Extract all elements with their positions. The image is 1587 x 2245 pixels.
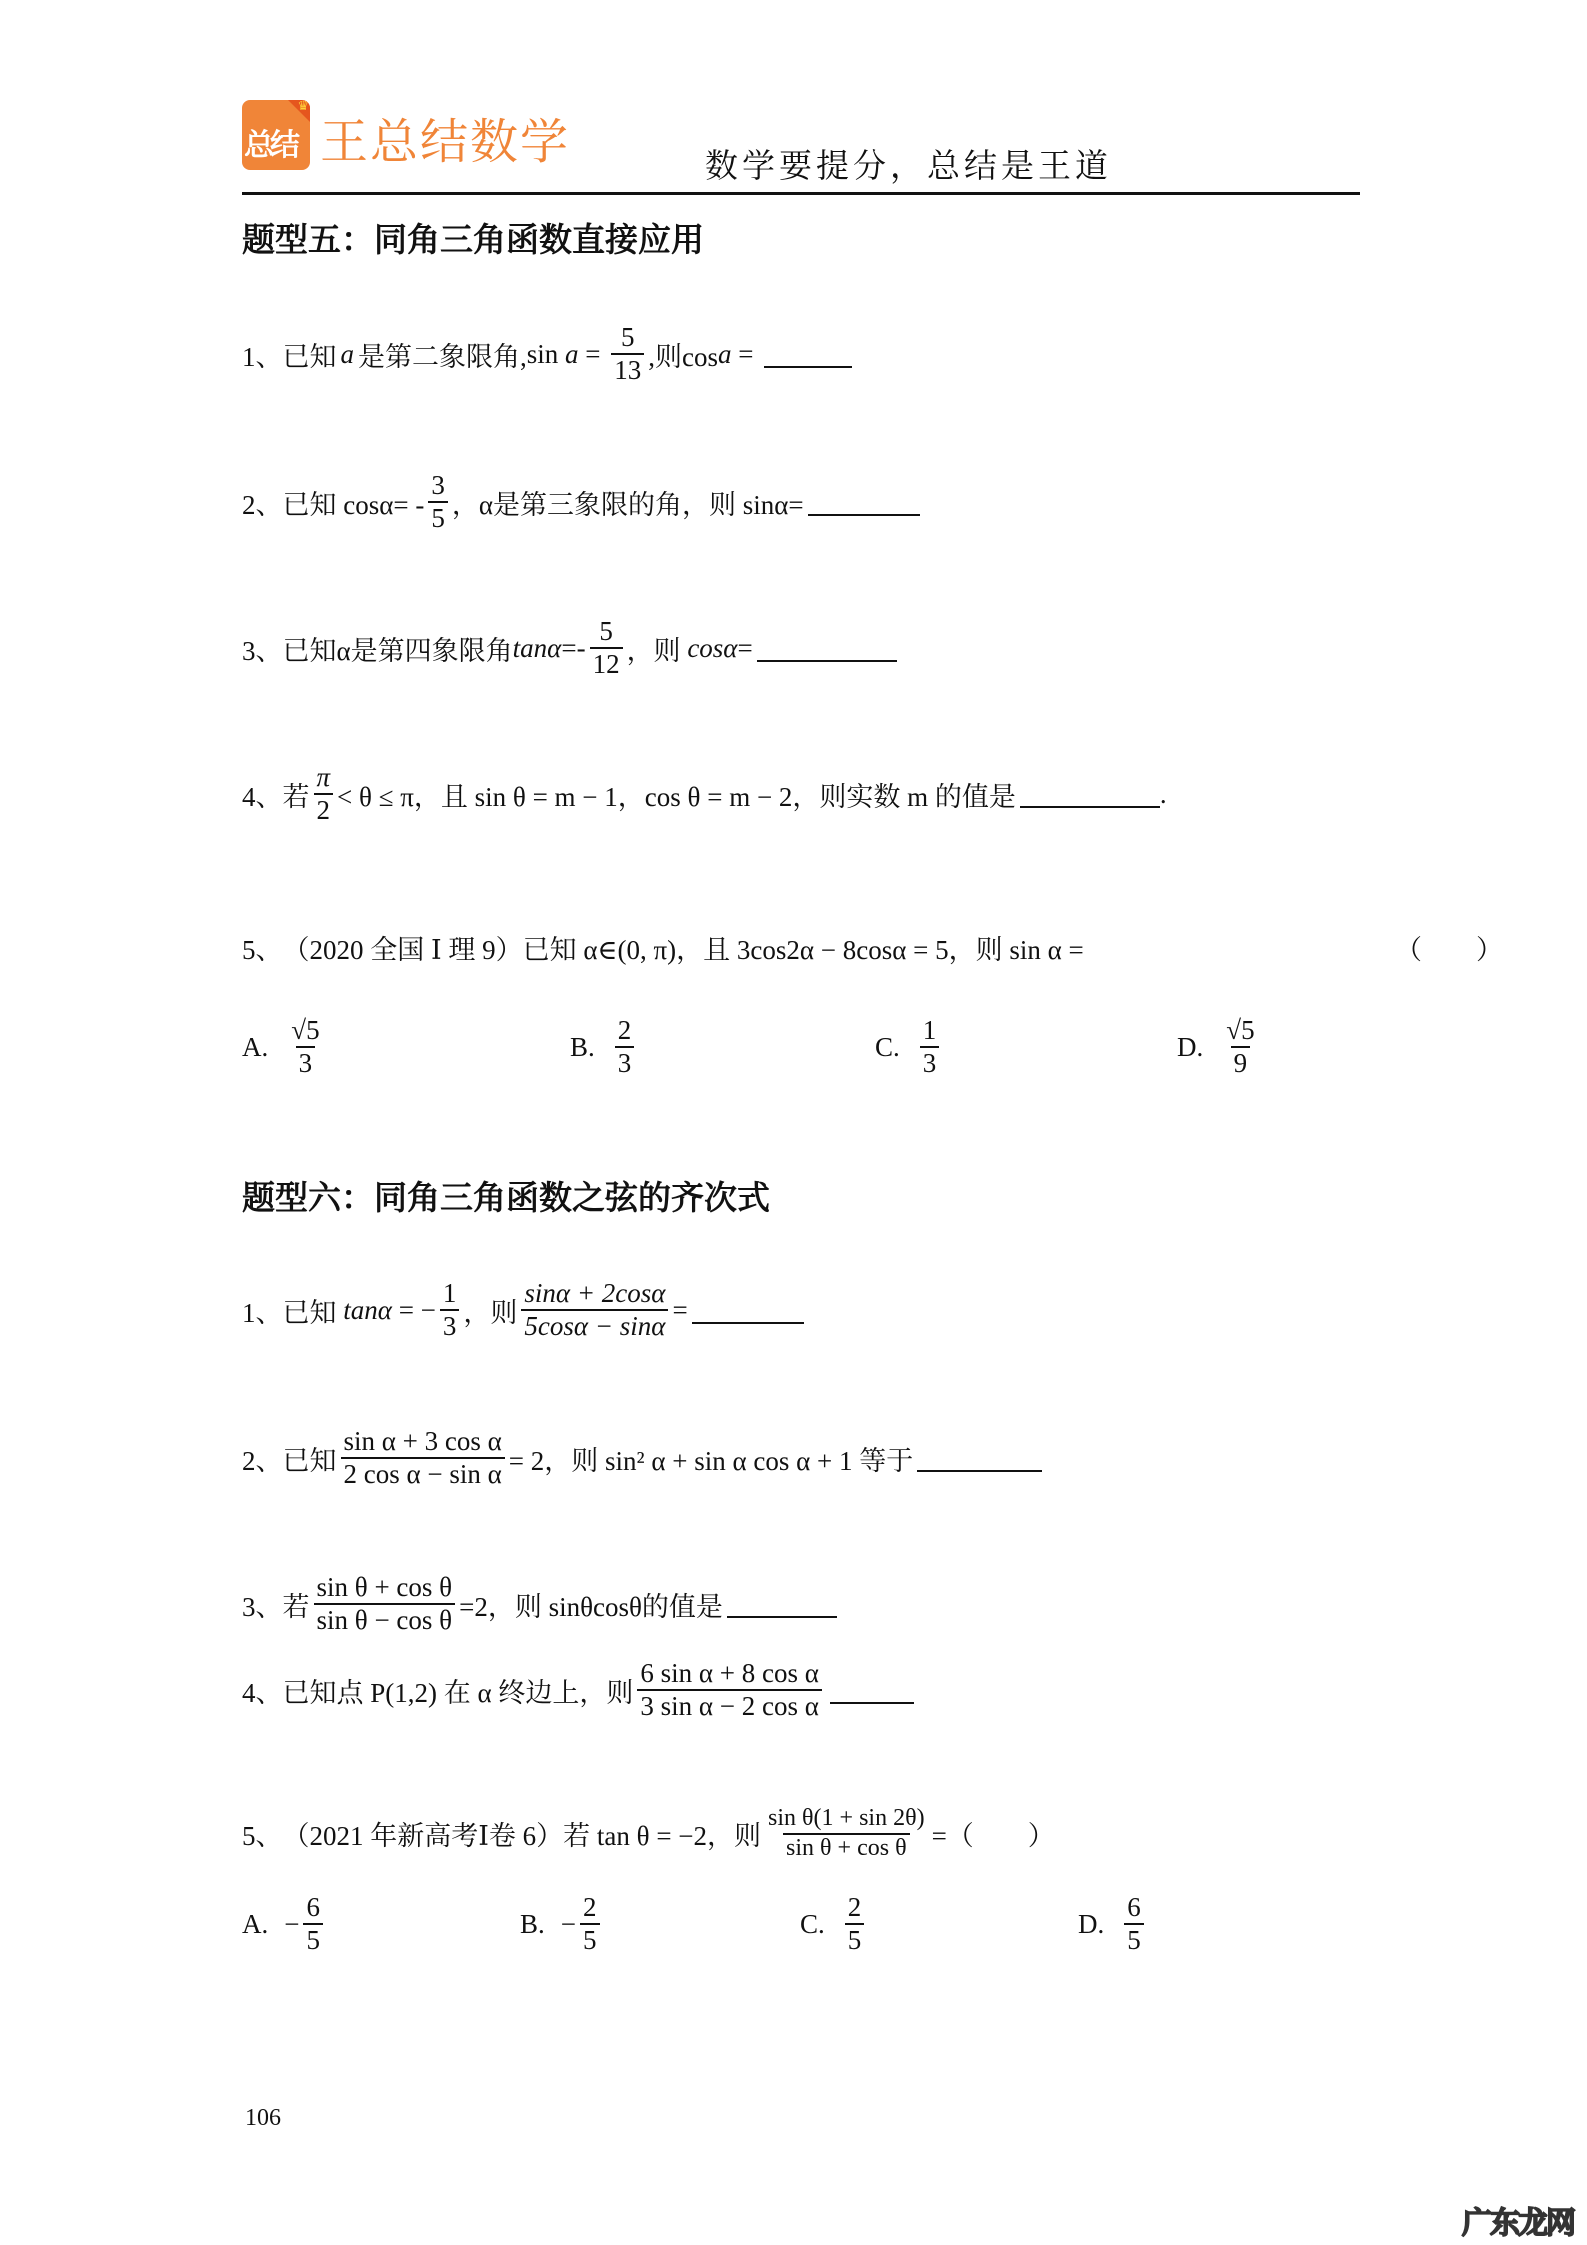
- option-d: D. 65: [1078, 1892, 1148, 1956]
- fraction: sin θ(1 + sin 2θ)sin θ + cos θ: [765, 1805, 928, 1862]
- q-text: = 2，则 sin² α + sin α cos α + 1 等于: [509, 1439, 913, 1478]
- sign: −: [284, 1909, 299, 1940]
- fraction: 13: [440, 1278, 460, 1342]
- answer-blank: [808, 513, 920, 516]
- option-c: C. 25: [800, 1892, 868, 1956]
- q-number: 2、: [242, 483, 283, 522]
- option-d: D. √59: [1177, 1015, 1262, 1079]
- answer-blank: [1020, 805, 1160, 808]
- option-label: B.: [570, 1032, 595, 1063]
- fraction: √59: [1223, 1015, 1257, 1079]
- q-text: 已知点 P(1,2) 在 α 终边上，则: [283, 1671, 634, 1710]
- fraction: 25: [580, 1892, 600, 1956]
- fraction: 13: [920, 1015, 940, 1079]
- q-number: 2、: [242, 1439, 283, 1478]
- s6-question-1: 1、 已知 tanα = − 13 ，则 sinα + 2cosα5cosα −…: [242, 1278, 804, 1342]
- q-text: 已知 cosα= -: [283, 483, 425, 522]
- s5-question-1: 1、 已知 a 是第二象限角, sin a = 513 ,则cosa =: [242, 322, 852, 386]
- answer-blank: [692, 1321, 804, 1324]
- fraction: π2: [314, 762, 334, 826]
- option-a: A. √53: [242, 1015, 327, 1079]
- s6-question-3: 3、 若 sin θ + cos θsin θ − cos θ =2，则 sin…: [242, 1572, 837, 1636]
- q-text: ，α是第三象限的角，则 sinα=: [452, 483, 804, 522]
- q-text: =2，则 sinθcosθ的值是: [459, 1585, 723, 1624]
- q-number: 1、: [242, 335, 283, 374]
- q-text: =: [672, 1295, 687, 1326]
- q-number: 4、: [242, 775, 283, 814]
- s5-question-5: 5、 （2020 全国 Ⅰ 理 9）已知 α∈(0, π)，且 3cos2α −…: [242, 928, 1084, 967]
- q-text: （2021 年新高考Ⅰ卷 6）若 tan θ = −2，则: [283, 1814, 762, 1853]
- slogan: 数学要提分，总结是王道: [705, 140, 1112, 187]
- answer-blank: [764, 365, 852, 368]
- q-var: a: [565, 339, 579, 370]
- fraction: sinα + 2cosα5cosα − sinα: [521, 1278, 668, 1342]
- fraction: 35: [428, 470, 448, 534]
- fraction: 23: [615, 1015, 635, 1079]
- watermark: 广东龙网: [1462, 2198, 1574, 2242]
- q-text: = −: [392, 1295, 436, 1326]
- fraction: 6 sin α + 8 cos α3 sin α − 2 cos α: [637, 1658, 822, 1722]
- fraction: 65: [1124, 1892, 1144, 1956]
- q-text: 已知: [283, 1439, 337, 1478]
- section-5-title: 题型五：同角三角函数直接应用: [242, 214, 704, 261]
- q-number: 3、: [242, 1585, 283, 1624]
- fraction: sin α + 3 cos α2 cos α − sin α: [341, 1426, 505, 1490]
- q-number: 3、: [242, 629, 283, 668]
- q-text: 若: [283, 775, 310, 814]
- fraction: √53: [288, 1015, 322, 1079]
- q-text: =: [579, 339, 608, 370]
- q-number: 5、: [242, 928, 283, 967]
- q-text: sin: [527, 339, 559, 370]
- q-text: 是第二象限角,: [358, 335, 527, 374]
- q-var: cosα: [687, 633, 737, 664]
- answer-blank: [830, 1701, 914, 1704]
- s5-question-3: 3、 已知α是第四象限角 tanα =- 512 ，则 cosα =: [242, 616, 897, 680]
- option-label: D.: [1177, 1032, 1203, 1063]
- fraction: 25: [845, 1892, 865, 1956]
- option-label: C.: [800, 1909, 825, 1940]
- q-number: 1、: [242, 1291, 283, 1330]
- q-text: < θ ≤ π，且 sin θ = m − 1，cos θ = m − 2，则实…: [337, 775, 1016, 814]
- s5-question-2: 2、 已知 cosα= - 35 ，α是第三象限的角，则 sinα=: [242, 470, 920, 534]
- logo-badge: ♛ 总结: [242, 100, 310, 170]
- q-text: ，则: [463, 1291, 517, 1330]
- option-b: B. 23: [570, 1015, 638, 1079]
- answer-blank: [727, 1615, 837, 1618]
- logo-badge-text: 总结: [244, 120, 296, 164]
- section-6-title: 题型六：同角三角函数之弦的齐次式: [242, 1172, 770, 1219]
- option-c: C. 13: [875, 1015, 943, 1079]
- crown-icon: ♛: [297, 100, 309, 114]
- q-text: 已知α是第四象限角: [283, 629, 513, 668]
- q-text: ,则cos: [648, 335, 718, 374]
- option-b: B. − 25: [520, 1892, 604, 1956]
- q-text: 已知: [283, 335, 337, 374]
- s5-question-4: 4、 若 π2 < θ ≤ π，且 sin θ = m − 1，cos θ = …: [242, 762, 1167, 826]
- q-text: 已知: [283, 1291, 344, 1330]
- fraction: sin θ + cos θsin θ − cos θ: [314, 1572, 456, 1636]
- option-label: A.: [242, 1032, 268, 1063]
- q-text: .: [1160, 779, 1167, 810]
- fraction: 513: [611, 322, 644, 386]
- q-number: 4、: [242, 1671, 283, 1710]
- s6-question-2: 2、 已知 sin α + 3 cos α2 cos α − sin α = 2…: [242, 1426, 1042, 1490]
- brand-name: 王总结数学: [320, 103, 570, 172]
- option-a: A. − 65: [242, 1892, 327, 1956]
- page-number: 106: [245, 2105, 281, 2132]
- fraction: 512: [590, 616, 623, 680]
- q-text: ，则: [627, 629, 688, 668]
- q-text: =: [732, 339, 761, 370]
- q-number: 5、: [242, 1814, 283, 1853]
- fraction: 65: [303, 1892, 323, 1956]
- option-label: C.: [875, 1032, 900, 1063]
- q-text: =: [737, 633, 752, 664]
- answer-blank: [757, 659, 897, 662]
- q-text: =-: [561, 633, 585, 664]
- header-divider: [242, 192, 1360, 195]
- q-var: tanα: [513, 633, 562, 664]
- s6-question-4: 4、 已知点 P(1,2) 在 α 终边上，则 6 sin α + 8 cos …: [242, 1658, 914, 1722]
- q-var: a: [341, 339, 355, 370]
- q-text: =（ ）: [932, 1814, 1055, 1853]
- option-label: B.: [520, 1909, 545, 1940]
- answer-blank: [917, 1469, 1042, 1472]
- q-text: （2020 全国 Ⅰ 理 9）已知 α∈(0, π)，且 3cos2α − 8c…: [283, 928, 1084, 967]
- q-var: tanα: [343, 1295, 392, 1326]
- q-var: a: [718, 339, 732, 370]
- option-label: A.: [242, 1909, 268, 1940]
- s6-question-5: 5、 （2021 年新高考Ⅰ卷 6）若 tan θ = −2，则 sin θ(1…: [242, 1805, 1055, 1862]
- sign: −: [561, 1909, 576, 1940]
- answer-paren: （ ）: [1395, 928, 1503, 967]
- q-text: 若: [283, 1585, 310, 1624]
- option-label: D.: [1078, 1909, 1104, 1940]
